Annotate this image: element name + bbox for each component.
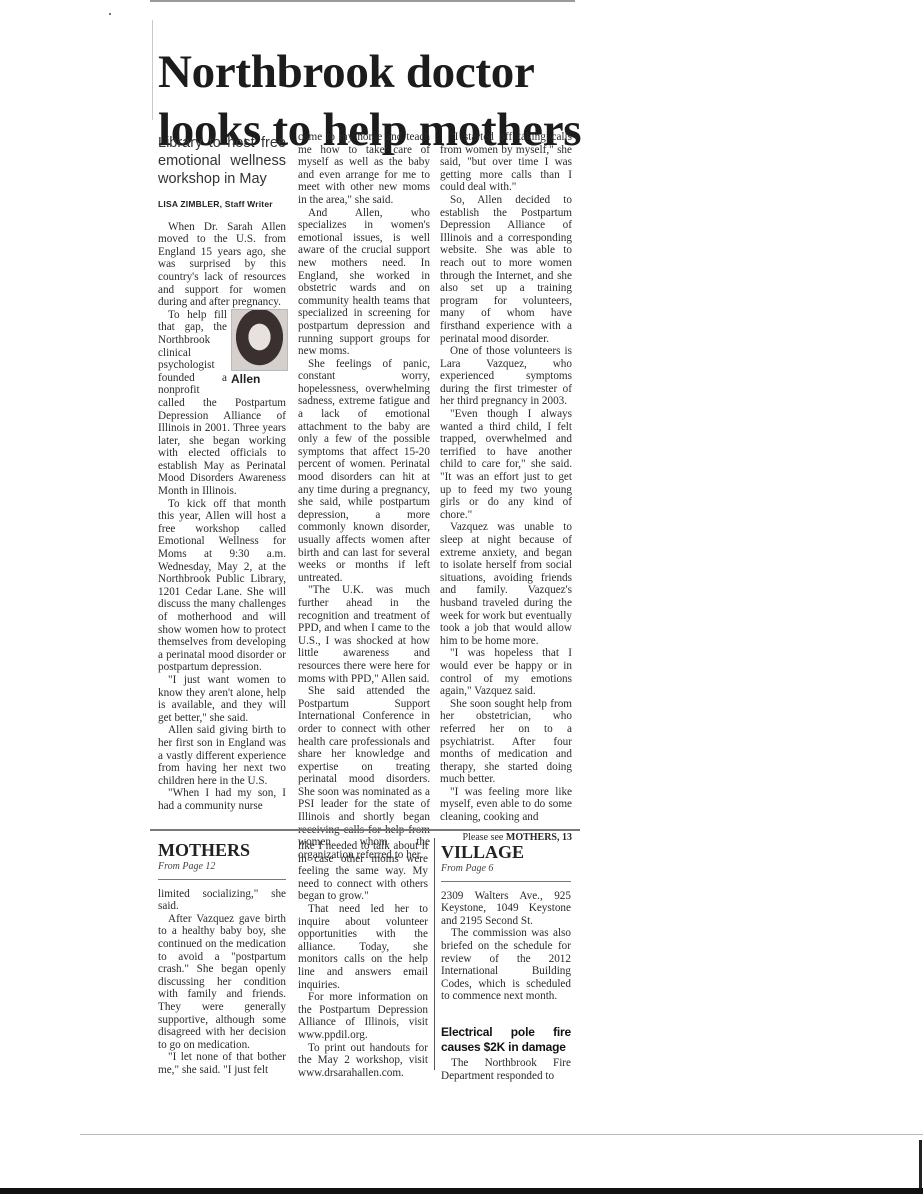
section-divider [150, 829, 580, 831]
article-column-3: "I started off taking calls from women b… [440, 131, 572, 844]
clipping-edge [152, 20, 153, 120]
jump-prefix: Please see [463, 832, 504, 843]
paragraph: She feelings of panic, constant worry, h… [298, 358, 430, 585]
jump-rule [441, 881, 571, 882]
paragraph: Allen said giving birth to her first son… [158, 724, 286, 787]
paragraph: "Even though I always wanted a third chi… [440, 408, 572, 521]
scan-edge [919, 1140, 922, 1190]
jump-from-page: From Page 6 [441, 863, 571, 876]
jump-rule [158, 879, 286, 880]
mothers-jump-column-2: like I needed to talk about it in case o… [298, 840, 428, 1079]
paragraph: "I started off taking calls from women b… [440, 131, 572, 194]
article-column-2: come to my home and teach me how to take… [298, 131, 430, 861]
scan-speck [109, 13, 111, 15]
paragraph: To print out handouts for the May 2 work… [298, 1042, 428, 1080]
paragraph: After Vazquez gave birth to a healthy ba… [158, 913, 286, 1052]
paragraph: For more information on the Postpartum D… [298, 991, 428, 1041]
paragraph: To kick off that month this year, Allen … [158, 498, 286, 674]
jump-title-village: VILLAGE [441, 842, 571, 862]
paragraph: That need led her to inquire about volun… [298, 903, 428, 991]
photo-caption: Allen [231, 373, 286, 386]
jump-title-mothers: MOTHERS [158, 840, 286, 860]
deck: Library to host free emotional wellness … [158, 134, 286, 188]
paragraph: "I was hopeless that I would ever be hap… [440, 647, 572, 697]
byline-author: LISA ZIMBLER, [158, 199, 222, 209]
paragraph: "I just want women to know they aren't a… [158, 674, 286, 724]
column-divider [434, 838, 435, 1070]
paragraph: like I needed to talk about it in case o… [298, 840, 428, 903]
paragraph: 2309 Walters Ave., 925 Keystone, 1049 Ke… [441, 890, 571, 928]
photo-block: Allen [231, 309, 286, 386]
paragraph: come to my home and teach me how to take… [298, 131, 430, 207]
paragraph: "I was feeling more like myself, even ab… [440, 786, 572, 824]
article-column-1: Library to host free emotional wellness … [158, 130, 286, 813]
top-rule [150, 0, 575, 2]
scan-bottom-edge [0, 1188, 923, 1194]
paragraph: "When I had my son, I had a community nu… [158, 787, 286, 812]
village-jump-column: VILLAGE From Page 6 2309 Walters Ave., 9… [441, 842, 571, 1082]
paragraph: And Allen, who specializes in women's em… [298, 207, 430, 358]
portrait-photo [231, 309, 288, 371]
paragraph: limited socializing," she said. [158, 888, 286, 913]
jump-target: MOTHERS, 13 [506, 832, 572, 843]
paragraph: She said attended the Postpartum Support… [298, 685, 430, 861]
paragraph: "The U.K. was much further ahead in the … [298, 584, 430, 685]
mothers-jump-column-1: MOTHERS From Page 12 limited socializing… [158, 840, 286, 1077]
paragraph: The commission was also briefed on the s… [441, 927, 571, 1003]
page-fold-line [80, 1134, 923, 1135]
paragraph: One of those volunteers is Lara Vazquez,… [440, 345, 572, 408]
byline: LISA ZIMBLER, Staff Writer [158, 198, 286, 211]
paragraph: The Northbrook Fire Department responded… [441, 1057, 571, 1082]
jump-from-page: From Page 12 [158, 861, 286, 874]
paragraph: When Dr. Sarah Allen moved to the U.S. f… [158, 221, 286, 309]
paragraph: "I let none of that bother me," she said… [158, 1051, 286, 1076]
paragraph: She soon sought help from her obstetrici… [440, 698, 572, 786]
paragraph: Vazquez was unable to sleep at night bec… [440, 521, 572, 647]
paragraph: So, Allen decided to establish the Postp… [440, 194, 572, 345]
byline-role: Staff Writer [225, 199, 273, 209]
brief-headline: Electrical pole fire causes $2K in damag… [441, 1025, 571, 1055]
